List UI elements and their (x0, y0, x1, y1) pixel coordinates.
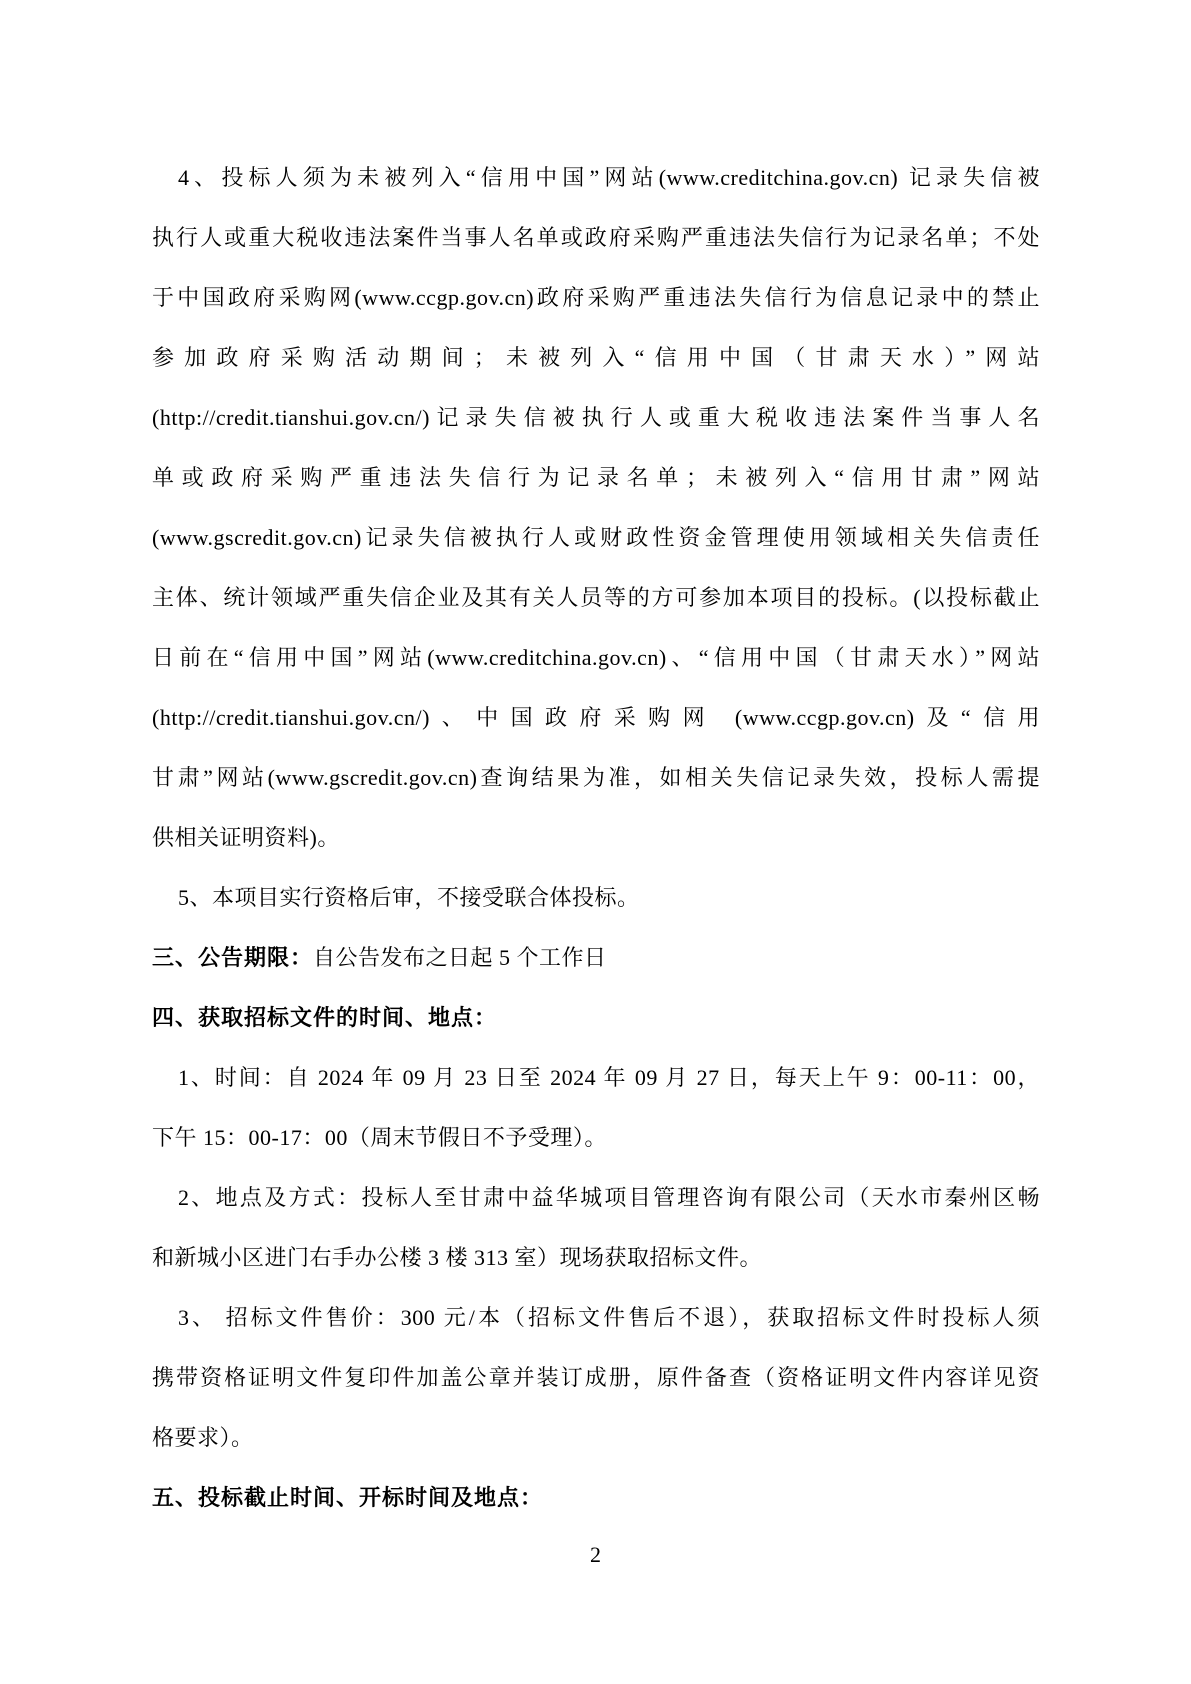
document-content: 4、投标人须为未被列入“信用中国”网站(www.creditchina.gov.… (152, 148, 1040, 1528)
document-line: 和新城小区进门右手办公楼 3 楼 313 室）现场获取招标文件。 (152, 1228, 1040, 1288)
document-line: (www.gscredit.gov.cn)记录失信被执行人或财政性资金管理使用领… (152, 508, 1040, 568)
body-text: 参加政府采购活动期间；未被列入“信用中国（甘肃天水）”网站 (152, 345, 1040, 370)
document-line: 1、时间：自 2024 年 09 月 23 日至 2024 年 09 月 27 … (152, 1048, 1040, 1108)
document-line: 三、公告期限：自公告发布之日起 5 个工作日 (152, 928, 1040, 988)
document-line: 主体、统计领域严重失信企业及其有关人员等的方可参加本项目的投标。(以投标截止 (152, 568, 1040, 628)
body-text: 主体、统计领域严重失信企业及其有关人员等的方可参加本项目的投标。(以投标截止 (152, 585, 1040, 610)
body-text: 供相关证明资料)。 (152, 825, 340, 850)
document-line: (http://credit.tianshui.gov.cn/)、中国政府采购网… (152, 688, 1040, 748)
body-text: (http://credit.tianshui.gov.cn/)记录失信被执行人… (152, 405, 1040, 430)
document-line: 于中国政府采购网(www.ccgp.gov.cn)政府采购严重违法失信行为信息记… (152, 268, 1040, 328)
document-line: 供相关证明资料)。 (152, 808, 1040, 868)
body-text: 于中国政府采购网(www.ccgp.gov.cn)政府采购严重违法失信行为信息记… (152, 285, 1040, 310)
body-text: 格要求）。 (152, 1425, 254, 1450)
document-line: 4、投标人须为未被列入“信用中国”网站(www.creditchina.gov.… (152, 148, 1040, 208)
document-page: 4、投标人须为未被列入“信用中国”网站(www.creditchina.gov.… (0, 0, 1191, 1684)
document-line: 甘肃”网站(www.gscredit.gov.cn)查询结果为准，如相关失信记录… (152, 748, 1040, 808)
body-text: (http://credit.tianshui.gov.cn/)、中国政府采购网… (152, 705, 1040, 730)
document-line: 2、地点及方式：投标人至甘肃中益华城项目管理咨询有限公司（天水市秦州区畅 (152, 1168, 1040, 1228)
body-text: 4、投标人须为未被列入“信用中国”网站(www.creditchina.gov.… (178, 165, 1040, 190)
document-line: (http://credit.tianshui.gov.cn/)记录失信被执行人… (152, 388, 1040, 448)
section-heading-text: 五、投标截止时间、开标时间及地点： (152, 1485, 543, 1510)
body-text: 执行人或重大税收违法案件当事人名单或政府采购严重违法失信行为记录名单；不处 (152, 225, 1040, 250)
body-text: 5、本项目实行资格后审，不接受联合体投标。 (178, 885, 640, 910)
body-text: (www.gscredit.gov.cn)记录失信被执行人或财政性资金管理使用领… (152, 525, 1040, 550)
body-text: 自公告发布之日起 5 个工作日 (313, 945, 607, 970)
document-line: 3、 招标文件售价：300 元/本（招标文件售后不退），获取招标文件时投标人须 (152, 1288, 1040, 1348)
document-line: 四、获取招标文件的时间、地点： (152, 988, 1040, 1048)
body-text: 甘肃”网站(www.gscredit.gov.cn)查询结果为准，如相关失信记录… (152, 765, 1040, 790)
document-line: 单或政府采购严重违法失信行为记录名单；未被列入“信用甘肃”网站 (152, 448, 1040, 508)
body-text: 和新城小区进门右手办公楼 3 楼 313 室）现场获取招标文件。 (152, 1245, 762, 1270)
document-line: 下午 15：00-17：00（周末节假日不予受理）。 (152, 1108, 1040, 1168)
document-line: 格要求）。 (152, 1408, 1040, 1468)
body-text: 下午 15：00-17：00（周末节假日不予受理）。 (152, 1125, 607, 1150)
body-text: 3、 招标文件售价：300 元/本（招标文件售后不退），获取招标文件时投标人须 (178, 1305, 1040, 1330)
document-line: 携带资格证明文件复印件加盖公章并装订成册，原件备查（资格证明文件内容详见资 (152, 1348, 1040, 1408)
document-line: 5、本项目实行资格后审，不接受联合体投标。 (152, 868, 1040, 928)
document-line: 五、投标截止时间、开标时间及地点： (152, 1468, 1040, 1528)
body-text: 单或政府采购严重违法失信行为记录名单；未被列入“信用甘肃”网站 (152, 465, 1040, 490)
document-line: 日前在“信用中国”网站(www.creditchina.gov.cn)、“信用中… (152, 628, 1040, 688)
document-line: 参加政府采购活动期间；未被列入“信用中国（甘肃天水）”网站 (152, 328, 1040, 388)
section-heading-text: 四、获取招标文件的时间、地点： (152, 1005, 497, 1030)
body-text: 日前在“信用中国”网站(www.creditchina.gov.cn)、“信用中… (152, 645, 1040, 670)
document-line: 执行人或重大税收违法案件当事人名单或政府采购严重违法失信行为记录名单；不处 (152, 208, 1040, 268)
body-text: 2、地点及方式：投标人至甘肃中益华城项目管理咨询有限公司（天水市秦州区畅 (178, 1185, 1040, 1210)
page-number: 2 (0, 1542, 1191, 1568)
body-text: 携带资格证明文件复印件加盖公章并装订成册，原件备查（资格证明文件内容详见资 (152, 1365, 1040, 1390)
body-text: 1、时间：自 2024 年 09 月 23 日至 2024 年 09 月 27 … (178, 1065, 1040, 1090)
section-heading-text: 三、公告期限： (152, 945, 313, 970)
